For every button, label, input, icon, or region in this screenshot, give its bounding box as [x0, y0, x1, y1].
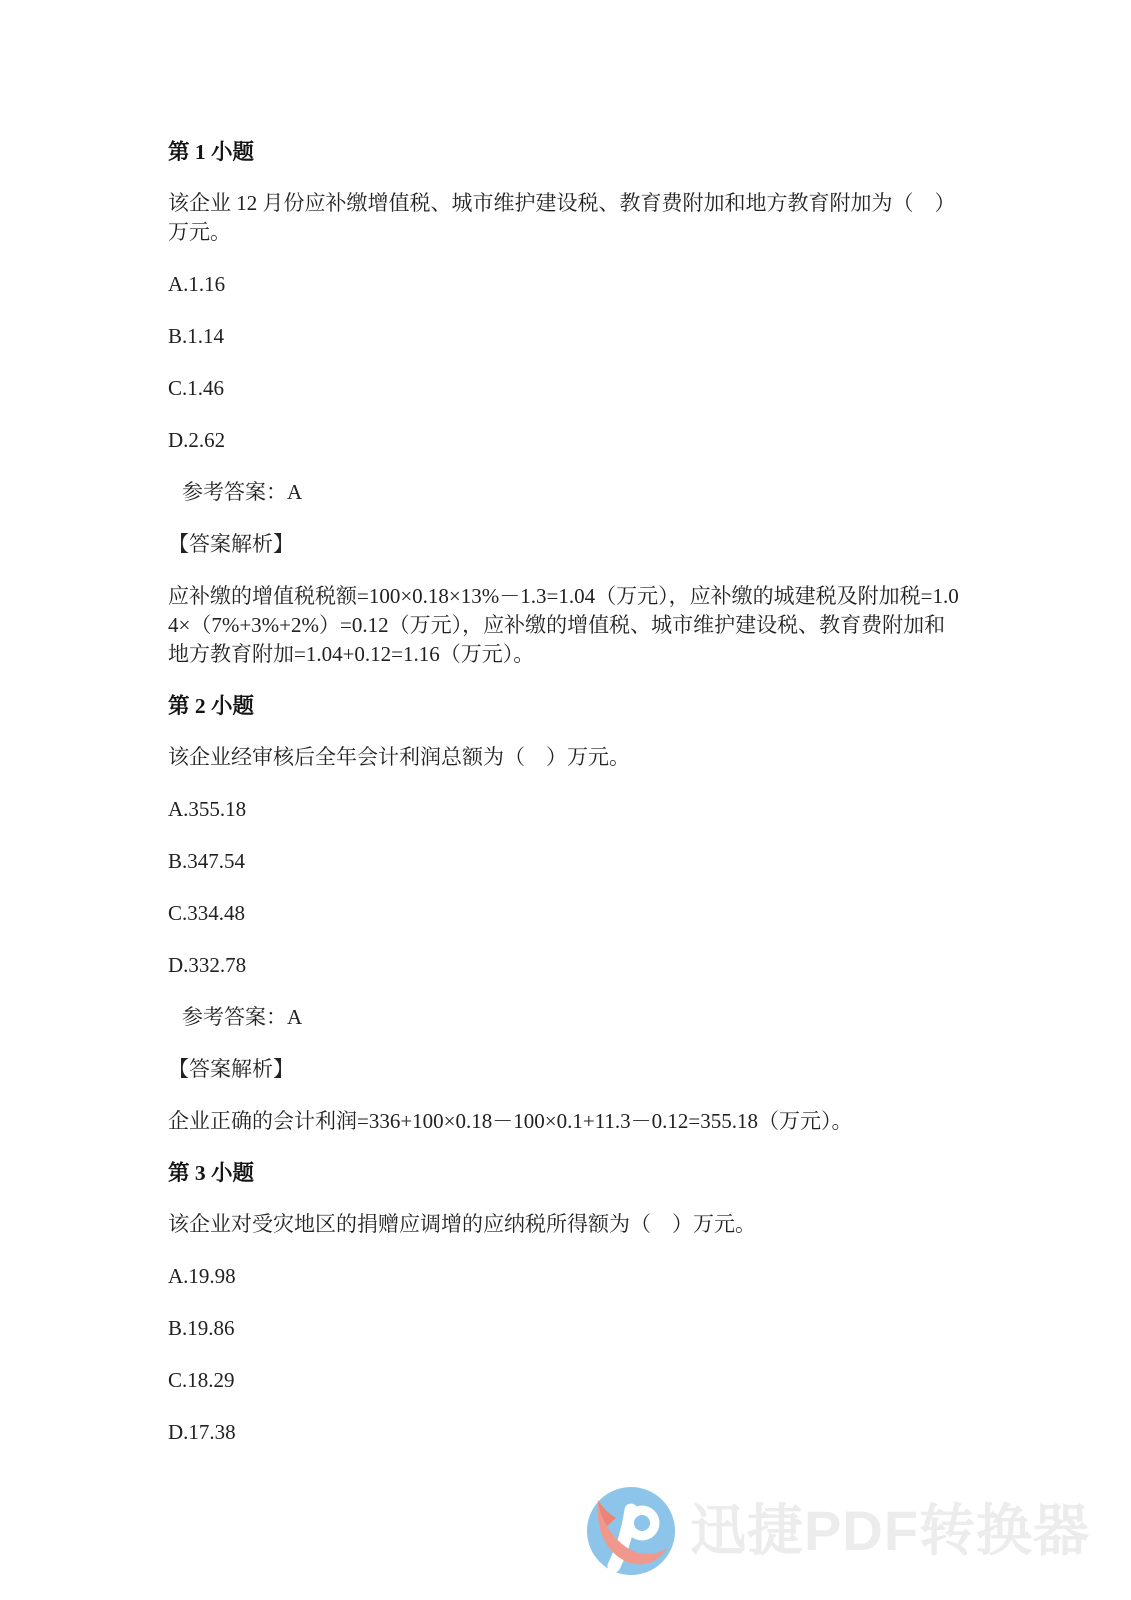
question-1-heading: 第 1 小题 — [168, 138, 966, 167]
question-1-analysis-title: 【答案解析】 — [168, 530, 966, 559]
question-3-option-b: B.19.86 — [168, 1314, 966, 1343]
question-1-reference-answer: 参考答案：A — [168, 478, 966, 507]
question-1-option-b: B.1.14 — [168, 322, 966, 351]
question-2-option-a: A.355.18 — [168, 795, 966, 824]
pdf-converter-logo-icon — [586, 1486, 676, 1576]
question-block-2: 第 2 小题 该企业经审核后全年会计利润总额为（ ）万元。 A.355.18 B… — [168, 692, 966, 1136]
watermark: 迅捷PDF转换器 — [586, 1486, 1090, 1576]
question-1-option-d: D.2.62 — [168, 426, 966, 455]
question-2-heading: 第 2 小题 — [168, 692, 966, 721]
question-1-option-c: C.1.46 — [168, 374, 966, 403]
exam-content: 第 1 小题 该企业 12 月份应补缴增值税、城市维护建设税、教育费附加和地方教… — [168, 138, 966, 1470]
question-3-option-d: D.17.38 — [168, 1418, 966, 1447]
question-2-reference-answer: 参考答案：A — [168, 1003, 966, 1032]
question-2-option-c: C.334.48 — [168, 899, 966, 928]
watermark-text: 迅捷PDF转换器 — [690, 1486, 1090, 1576]
question-1-text: 该企业 12 月份应补缴增值税、城市维护建设税、教育费附加和地方教育附加为（ ）… — [168, 189, 966, 247]
question-1-option-a: A.1.16 — [168, 270, 966, 299]
question-3-option-a: A.19.98 — [168, 1262, 966, 1291]
question-2-analysis-title: 【答案解析】 — [168, 1055, 966, 1084]
question-2-option-d: D.332.78 — [168, 951, 966, 980]
question-2-text: 该企业经审核后全年会计利润总额为（ ）万元。 — [168, 743, 966, 772]
question-1-analysis-text: 应补缴的增值税税额=100×0.18×13%－1.3=1.04（万元），应补缴的… — [168, 582, 966, 669]
question-2-analysis-text: 企业正确的会计利润=336+100×0.18－100×0.1+11.3－0.12… — [168, 1107, 966, 1136]
document-page: 第 1 小题 该企业 12 月份应补缴增值税、城市维护建设税、教育费附加和地方教… — [0, 0, 1131, 1600]
question-3-text: 该企业对受灾地区的捐赠应调增的应纳税所得额为（ ）万元。 — [168, 1210, 966, 1239]
question-block-3: 第 3 小题 该企业对受灾地区的捐赠应调增的应纳税所得额为（ ）万元。 A.19… — [168, 1159, 966, 1447]
question-3-option-c: C.18.29 — [168, 1366, 966, 1395]
question-2-option-b: B.347.54 — [168, 847, 966, 876]
question-block-1: 第 1 小题 该企业 12 月份应补缴增值税、城市维护建设税、教育费附加和地方教… — [168, 138, 966, 669]
question-3-heading: 第 3 小题 — [168, 1159, 966, 1188]
